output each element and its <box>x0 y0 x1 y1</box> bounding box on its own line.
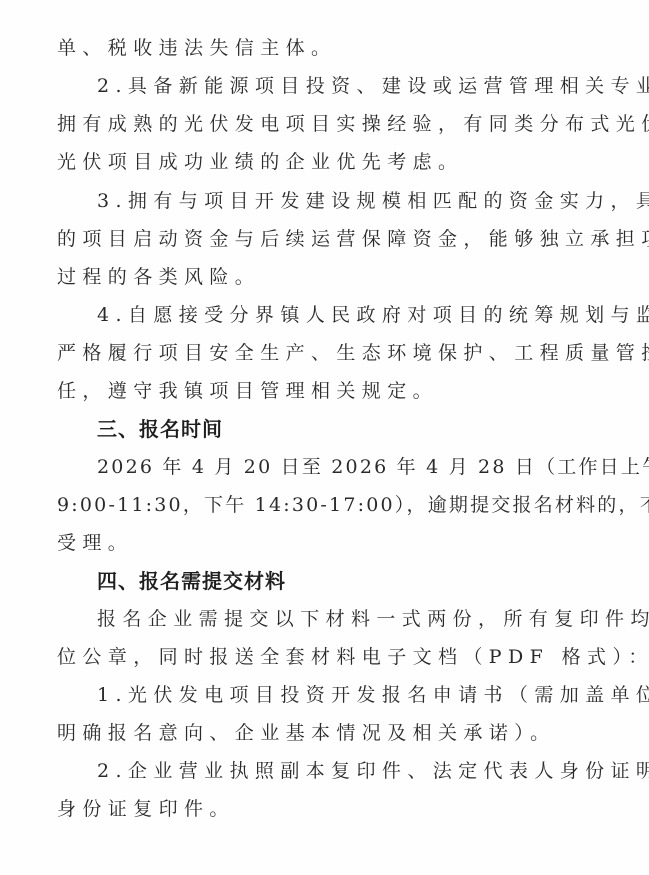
text-line: 报名企业需提交以下材料一式两份，所有复印件均需加盖单 <box>97 604 617 634</box>
text-line: 2.企业营业执照副本复印件、法定代表人身份证明及本人 <box>97 756 617 786</box>
text-line: 受理。 <box>57 528 617 558</box>
text-line: 身份证复印件。 <box>57 794 617 824</box>
section-heading: 三、报名时间 <box>97 414 617 444</box>
text-line: 位公章，同时报送全套材料电子文档（PDF 格式）： <box>57 642 617 672</box>
text-line: 明确报名意向、企业基本情况及相关承诺）。 <box>57 718 617 748</box>
text-line: 9:00-11:30，下午 14:30-17:00），逾期提交报名材料的，不予 <box>57 490 617 520</box>
text-line: 3.拥有与项目开发建设规模相匹配的资金实力，具备充足 <box>97 186 617 216</box>
text-line: 4.自愿接受分界镇人民政府对项目的统筹规划与监督管理， <box>97 300 617 330</box>
document-page: 单、税收违法失信主体。 2.具备新能源项目投资、建设或运营管理相关专业能力， 拥… <box>0 0 649 875</box>
text-line: 2026 年 4 月 20 日至 2026 年 4 月 28 日（工作日上午 <box>97 452 617 482</box>
text-line: 光伏项目成功业绩的企业优先考虑。 <box>57 147 617 177</box>
section-heading: 四、报名需提交材料 <box>97 566 617 596</box>
text-line: 单、税收违法失信主体。 <box>57 33 617 63</box>
text-line: 严格履行项目安全生产、生态环境保护、工程质量管控等主体责 <box>57 338 617 368</box>
text-line: 的项目启动资金与后续运营保障资金，能够独立承担项目实施全 <box>57 224 617 254</box>
text-line: 1.光伏发电项目投资开发报名申请书（需加盖单位公章， <box>97 680 617 710</box>
text-line: 任，遵守我镇项目管理相关规定。 <box>57 376 617 406</box>
text-line: 拥有成熟的光伏发电项目实操经验，有同类分布式光伏、集中式 <box>57 109 617 139</box>
text-line: 2.具备新能源项目投资、建设或运营管理相关专业能力， <box>97 71 617 101</box>
text-line: 过程的各类风险。 <box>57 262 617 292</box>
